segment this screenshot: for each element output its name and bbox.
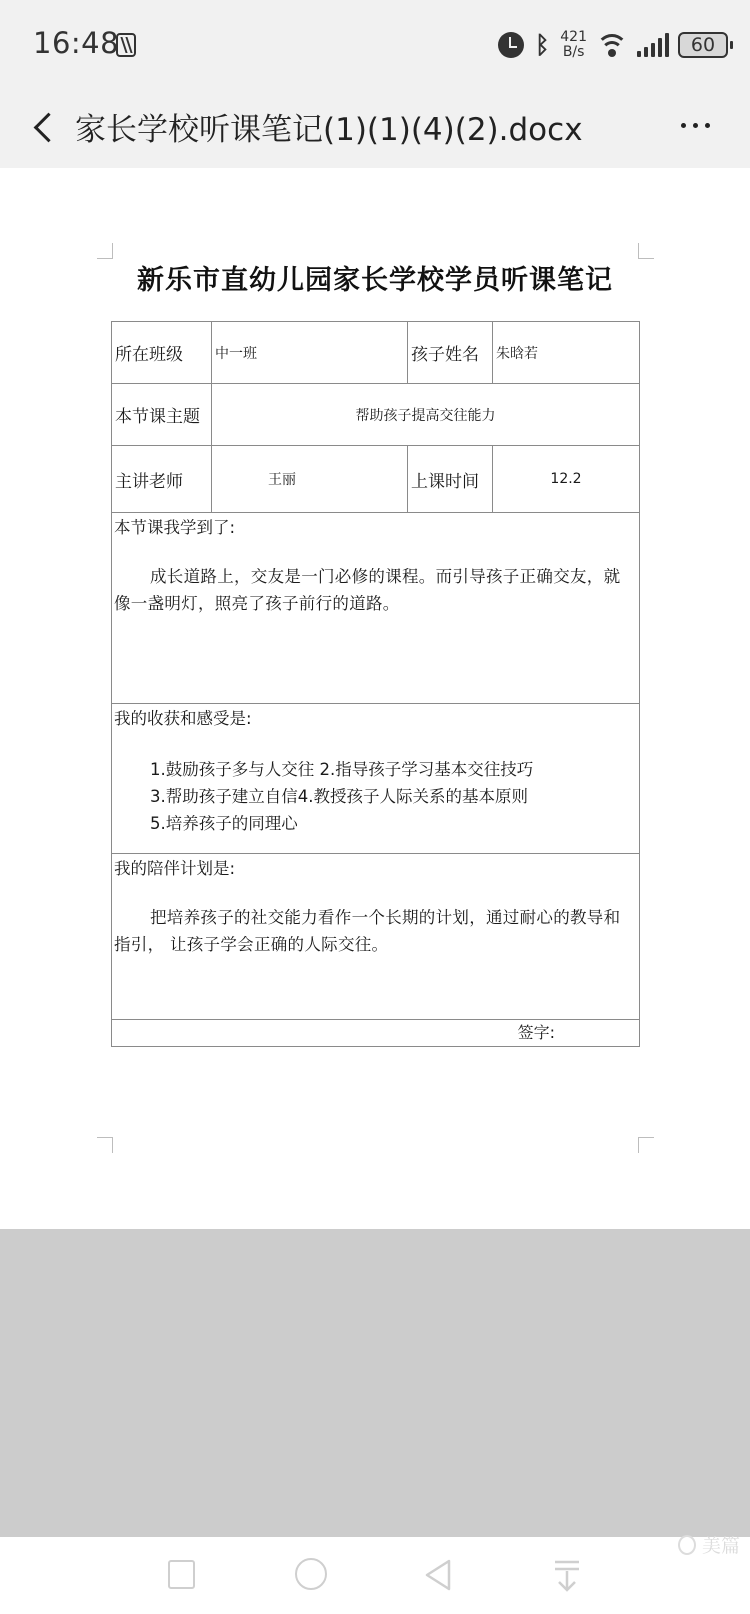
class-time-label: 上课时间 [408, 446, 493, 513]
table-row: 签字: [112, 1020, 640, 1047]
nfc-icon [116, 33, 136, 57]
topic-value: 帮助孩子提高交往能力 [212, 384, 640, 446]
plan-text: 把培养孩子的社交能力看作一个长期的计划，通过耐心的教导和指引， 让孩子学会正确的… [114, 904, 637, 958]
watermark: 美篇 [678, 1531, 740, 1558]
home-icon[interactable] [295, 1558, 327, 1590]
crop-mark-bottom-right [638, 1137, 654, 1153]
learned-title: 本节课我学到了: [114, 513, 637, 541]
bluetooth-icon: ᛒ [533, 31, 551, 59]
document-page[interactable]: 新乐市直幼儿园家长学校学员听课笔记 所在班级 中一班 孩子姓名 朱晗若 本节课主… [0, 168, 750, 1229]
class-time-value: 12.2 [493, 446, 640, 513]
battery-icon: 60 [678, 32, 728, 58]
gains-line: 1.鼓励孩子多与人交往 2.指导孩子学习基本交往技巧 [150, 756, 637, 783]
network-speed: 421 B/s [560, 30, 587, 60]
battery-level: 60 [691, 34, 715, 56]
status-bar: 16:48 ᛒ 421 B/s 60 [0, 0, 750, 88]
crop-mark-bottom-left [97, 1137, 113, 1153]
back-triangle-icon[interactable] [423, 1559, 453, 1591]
gains-section: 我的收获和感受是: 1.鼓励孩子多与人交往 2.指导孩子学习基本交往技巧 3.帮… [112, 704, 640, 854]
teacher-value: 王丽 [212, 446, 408, 513]
crop-mark-top-right [638, 243, 654, 259]
meipian-logo-icon [678, 1535, 696, 1555]
plan-section: 我的陪伴计划是: 把培养孩子的社交能力看作一个长期的计划，通过耐心的教导和指引，… [112, 854, 640, 1020]
learned-text: 成长道路上，交友是一门必修的课程。而引导孩子正确交友，就像一盏明灯，照亮了孩子前… [114, 563, 637, 617]
table-row: 本节课我学到了: 成长道路上，交友是一门必修的课程。而引导孩子正确交友，就像一盏… [112, 513, 640, 704]
notes-table: 所在班级 中一班 孩子姓名 朱晗若 本节课主题 帮助孩子提高交往能力 主讲老师 … [111, 321, 640, 1047]
learned-section: 本节课我学到了: 成长道路上，交友是一门必修的课程。而引导孩子正确交友，就像一盏… [112, 513, 640, 704]
signature-label: 签字: [112, 1020, 640, 1047]
alarm-icon [498, 32, 524, 58]
system-nav-bar: 美篇 [0, 1537, 750, 1614]
pull-down-icon[interactable] [552, 1559, 582, 1593]
more-horizontal-icon[interactable] [681, 123, 710, 128]
crop-mark-top-left [97, 243, 113, 259]
gains-list: 1.鼓励孩子多与人交往 2.指导孩子学习基本交往技巧 3.帮助孩子建立自信4.教… [114, 756, 637, 837]
recent-apps-icon[interactable] [168, 1560, 195, 1589]
table-row: 所在班级 中一班 孩子姓名 朱晗若 [112, 322, 640, 384]
document-title: 家长学校听课笔记(1)(1)(4)(2).docx [75, 104, 583, 149]
table-row: 我的陪伴计划是: 把培养孩子的社交能力看作一个长期的计划，通过耐心的教导和指引，… [112, 854, 640, 1020]
signal-icon [637, 33, 669, 57]
network-speed-unit: B/s [560, 45, 587, 60]
status-time: 16:48 [33, 26, 119, 60]
network-speed-value: 421 [560, 30, 587, 45]
class-label: 所在班级 [112, 322, 212, 384]
app-bar: 家长学校听课笔记(1)(1)(4)(2).docx [0, 88, 750, 168]
teacher-label: 主讲老师 [112, 446, 212, 513]
child-name-value: 朱晗若 [493, 322, 640, 384]
chevron-left-icon[interactable] [30, 112, 58, 144]
table-row: 我的收获和感受是: 1.鼓励孩子多与人交往 2.指导孩子学习基本交往技巧 3.帮… [112, 704, 640, 854]
table-row: 主讲老师 王丽 上课时间 12.2 [112, 446, 640, 513]
plan-title: 我的陪伴计划是: [114, 854, 637, 882]
document-background [0, 1229, 750, 1537]
gains-line: 5.培养孩子的同理心 [150, 810, 637, 837]
child-name-label: 孩子姓名 [408, 322, 493, 384]
watermark-text: 美篇 [702, 1531, 740, 1558]
gains-line: 3.帮助孩子建立自信4.教授孩子人际关系的基本原则 [150, 783, 637, 810]
wifi-icon [596, 32, 628, 58]
document-heading: 新乐市直幼儿园家长学校学员听课笔记 [0, 258, 750, 297]
table-row: 本节课主题 帮助孩子提高交往能力 [112, 384, 640, 446]
gains-title: 我的收获和感受是: [114, 704, 637, 732]
status-icons: ᛒ 421 B/s 60 [498, 28, 728, 62]
class-value: 中一班 [212, 322, 408, 384]
topic-label: 本节课主题 [112, 384, 212, 446]
